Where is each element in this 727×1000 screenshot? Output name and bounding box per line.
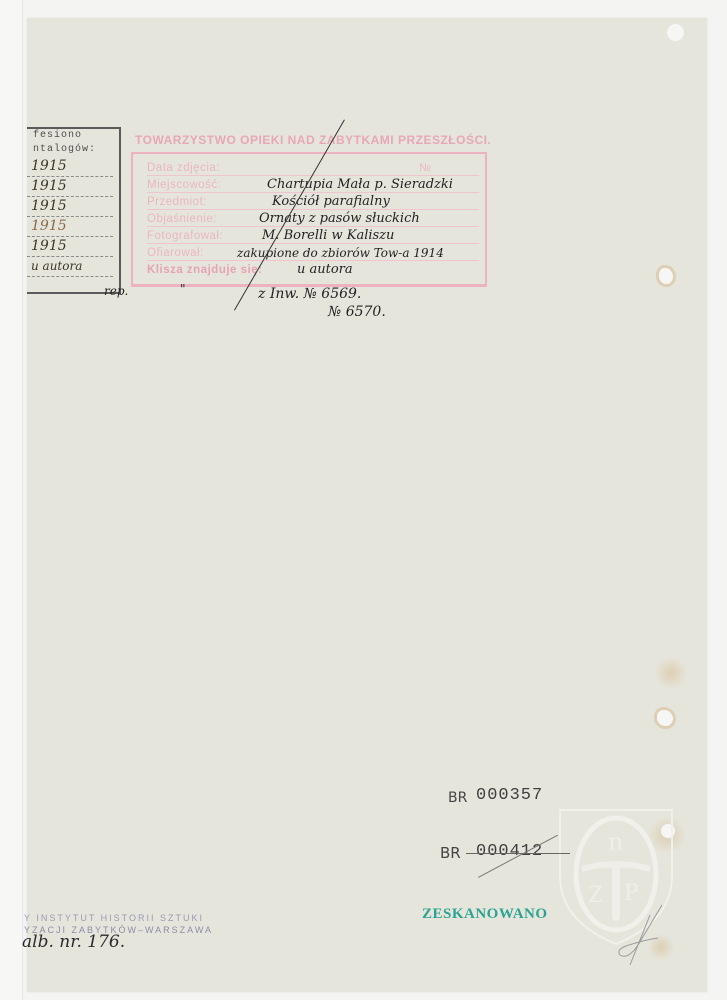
left-stamp-entry: 1915 <box>27 177 113 197</box>
left-stamp-entry: u autora <box>27 257 113 277</box>
field-label: Przedmiot: <box>147 196 207 208</box>
left-stamp-entry: 1915 <box>27 217 113 237</box>
svg-text:Z: Z <box>588 883 603 908</box>
strike-through-line <box>466 853 570 854</box>
institute-stamp-line-1: Y INSTYTUT HISTORII SZTUKI <box>24 913 204 923</box>
field-value: M. Borelli w Kaliszu <box>262 228 394 243</box>
stamp-field-subject: Przedmiot: Kościół parafialny <box>147 192 479 210</box>
annotation-rep: rep. <box>104 284 128 298</box>
svg-text:n: n <box>608 828 623 856</box>
annotation-inventory-2: № 6570. <box>328 304 386 320</box>
field-label: Ofiarował: <box>147 247 204 259</box>
left-stamp-header-2: ntalogów: <box>27 143 119 157</box>
stain <box>653 658 689 688</box>
field-label: Klisza znajduje się: <box>147 264 262 276</box>
field-value: u autora <box>297 262 353 277</box>
stamp-field-donor: Ofiarował: zakupione do zbiorów Tow-a 19… <box>147 243 479 261</box>
left-stamp-entry: 1915 <box>27 237 113 257</box>
field-label: Miejscowość: <box>147 179 221 191</box>
stamp-field-negative: Klisza znajduje się: u autora <box>147 260 479 277</box>
stamp-field-location: Miejscowość: Chartupia Mała p. Sieradzki <box>147 175 479 193</box>
left-stamp-header-1: fesiono <box>27 129 119 143</box>
punch-hole-top <box>667 24 684 41</box>
catalog-prefix-old: BR <box>440 844 461 862</box>
album-number-note: alb. nr. 176. <box>22 932 125 952</box>
scan-background-strip <box>0 0 23 1000</box>
stamp-field-description: Objaśnienie: Ornaty z pasów słuckich <box>147 209 479 227</box>
left-stamp-entry: 1915 <box>27 197 113 217</box>
field-label: Objaśnienie: <box>147 213 217 225</box>
society-stamp-box: Data zdjęcia: № Miejscowość: Chartupia M… <box>131 152 487 287</box>
scanned-stamp: ZESKANOWANO <box>422 906 548 923</box>
stamp-title: TOWARZYSTWO OPIEKI NAD ZABYTKAMI PRZESZŁ… <box>135 133 487 147</box>
annotation-ditto: " <box>180 282 186 296</box>
tear-damage <box>659 268 673 284</box>
number-label: № <box>419 162 431 174</box>
stamp-field-photographer: Fotografował: M. Borelli w Kaliszu <box>147 226 479 244</box>
left-stamp-entry: 1915 <box>27 157 113 177</box>
field-value: Chartupia Mała p. Sieradzki <box>267 177 453 192</box>
field-label: Data zdjęcia: <box>147 162 220 174</box>
catalog-number-crossed-out: 000412 <box>476 842 543 861</box>
signature-scribble-icon <box>610 900 670 970</box>
annotation-inventory-1: z Inw. № 6569. <box>258 286 361 302</box>
catalog-number-current: 000357 <box>476 786 543 805</box>
field-label: Fotografował: <box>147 230 223 242</box>
catalog-prefix-current: BR <box>448 790 467 806</box>
field-value: Kościół parafialny <box>272 194 390 209</box>
tear-damage <box>657 710 673 726</box>
left-partial-stamp: fesiono ntalogów: 1915 1915 1915 1915 19… <box>27 127 121 294</box>
